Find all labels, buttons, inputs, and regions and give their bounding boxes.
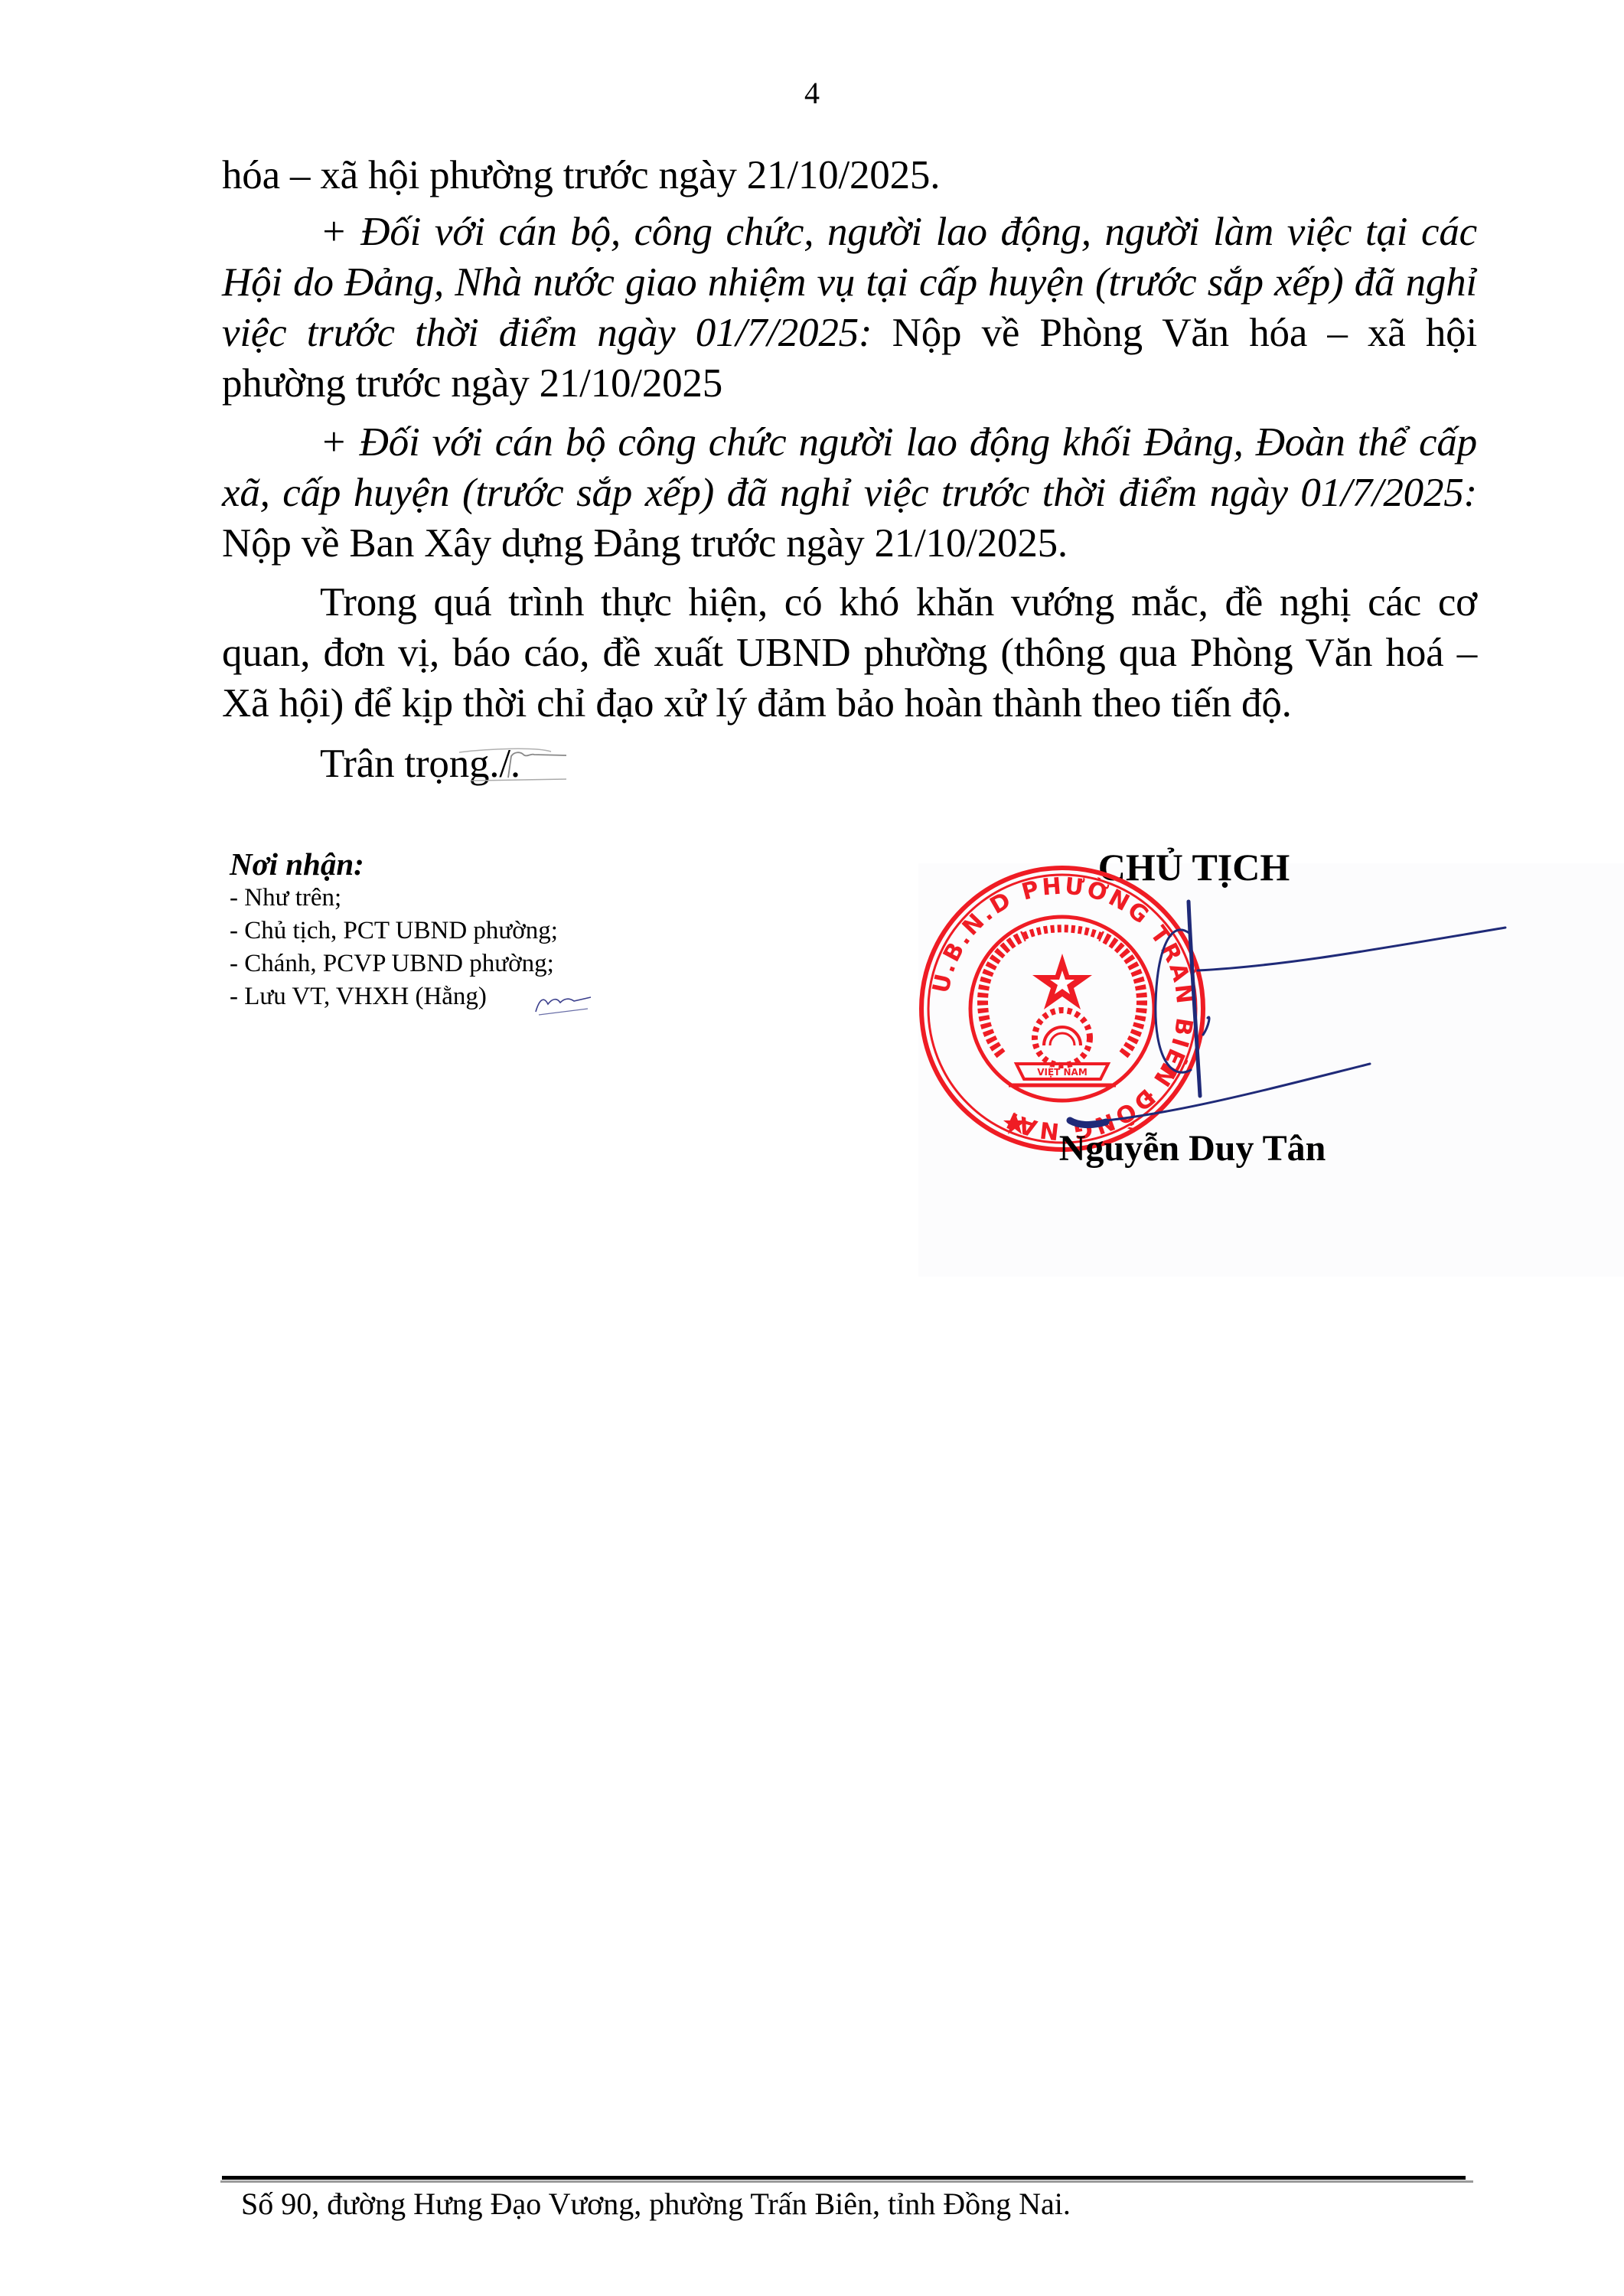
official-stamp-icon: VIỆT NAM U.B.N.D PHƯỜNG TRẦN BIÊN T. ĐỒN…	[917, 863, 1208, 1154]
signer-name: Nguyễn Duy Tân	[993, 1127, 1391, 1171]
footer-divider	[222, 2176, 1466, 2180]
recipient-item: - Chánh, PCVP UBND phường;	[230, 947, 765, 980]
recipients-block: Nơi nhận: - Như trên; - Chủ tịch, PCT UB…	[230, 846, 765, 1013]
footer-divider-shadow	[220, 2180, 1473, 2183]
recipient-item: - Chủ tịch, PCT UBND phường;	[230, 915, 765, 947]
paragraph-condition-text: + Đối với cán bộ công chức người lao độn…	[222, 420, 1477, 515]
recipient-item-text: - Lưu VT, VHXH (Hằng)	[230, 983, 487, 1010]
recipient-item: - Như trên;	[230, 882, 765, 915]
page-number: 4	[0, 75, 1624, 112]
stamp-emblem-text: VIỆT NAM	[1037, 1066, 1088, 1078]
paragraph-implementation-note: Trong quá trình thực hiện, có khó khăn v…	[222, 577, 1477, 729]
closing-salutation: Trân trọng./.	[222, 739, 1477, 789]
footer-address: Số 90, đường Hưng Đạo Vương, phường Trấn…	[241, 2186, 1071, 2223]
recipient-item: - Lưu VT, VHXH (Hằng)	[230, 980, 765, 1013]
recipients-title: Nơi nhận:	[230, 846, 765, 882]
paragraph-continuation: hóa – xã hội phường trước ngày 21/10/202…	[222, 150, 1477, 201]
paragraph-instruction-text: Nộp về Ban Xây dựng Đảng trước ngày 21/1…	[222, 521, 1068, 566]
paragraph-retired-party-staff: + Đối với cán bộ công chức người lao độn…	[222, 417, 1477, 569]
paragraph-retired-district-staff: + Đối với cán bộ, công chức, người lao đ…	[222, 207, 1477, 409]
